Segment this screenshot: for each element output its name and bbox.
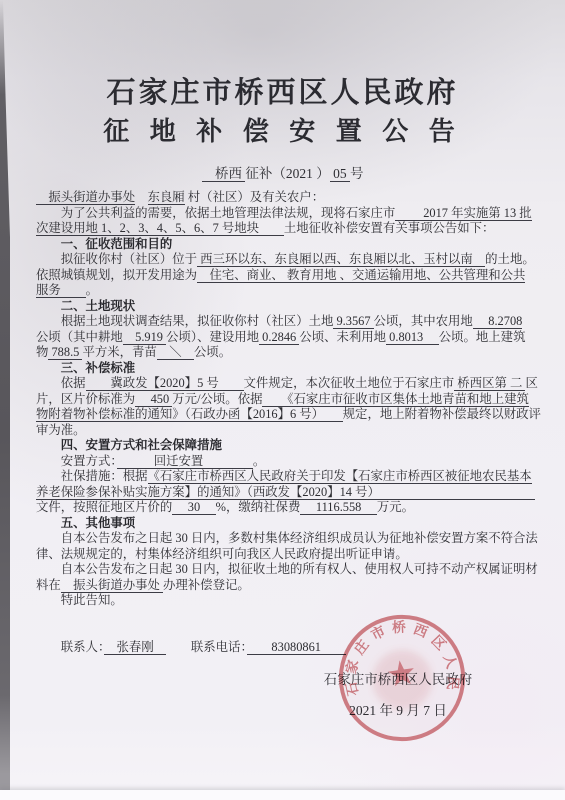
- doc-line: 审为准。: [36, 423, 536, 439]
- official-seal-stamp: 石家庄市桥西区人民政府: [324, 600, 480, 756]
- doc-line: 物附着物补偿标准的通知》（石政办函【2016】6 号） 规定，地上附着物补偿最终…: [36, 407, 536, 423]
- doc-line: 二、土地现状: [36, 299, 536, 315]
- doc-line: 物 788.5 平方米，青苗 ＼ 公顷。: [36, 345, 536, 361]
- doc-line: 根据土地现状调查结果，拟征收你村（社区）土地 9.3567 公顷，其中农用地 8…: [36, 314, 536, 330]
- doc-line: 拟征收你村（社区）位于 西三环以东、东良厢以西、东良厢以北、玉村以南 的土地。: [36, 252, 536, 268]
- doc-line: 片，区片价标准为 450 万元/公顷。依据 《石家庄市征收市区集体土地青苗和地上…: [36, 392, 536, 408]
- document-title: 石家庄市桥西区人民政府: [0, 70, 565, 111]
- doc-line: 料在 振头街道办事处 办理补偿登记。: [36, 578, 536, 594]
- doc-line: 安置方式： 回迁安置 。: [36, 454, 536, 470]
- doc-line: 五、其他事项: [36, 516, 536, 532]
- document-number: 桥西 征补（2021 ） 05 号: [0, 162, 565, 182]
- document-body: 振头街道办事处 东良厢 村（社区）及有关农户： 为了公共利益的需要，依据土地管理…: [36, 190, 536, 655]
- doc-line: 公顷（其中耕地 5.919 公顷）、建设用地 0.2846 公顷、未利用地 0.…: [36, 330, 536, 346]
- photo-bottom-edge: [0, 790, 565, 800]
- doc-line: 社保措施：根据《石家庄市桥西区人民政府关于印发【石家庄市桥西区被征地农民基本: [36, 469, 536, 485]
- doc-line: 律、法规规定的，村集体经济组织可向我区人民政府提出听证申请。: [36, 547, 536, 563]
- doc-line: 依据 冀政发【2020】5 号 文件规定，本次征收土地位于石家庄市 桥西区第 二…: [36, 376, 536, 392]
- document-subtitle: 征 地 补 偿 安 置 公 告: [0, 111, 565, 148]
- doc-line: 三、补偿标准: [36, 361, 536, 377]
- document-photo: 石家庄市桥西区人民政府 征 地 补 偿 安 置 公 告 桥西 征补（2021 ）…: [0, 0, 565, 800]
- doc-line: 服务 。: [36, 283, 536, 299]
- doc-line: 为了公共利益的需要，依据土地管理法律法规，现将石家庄市 2017 年实施第 13…: [36, 206, 536, 222]
- doc-line: 文件，按照征地区片价的 30 %，缴纳社保费 1116.558 万元。: [36, 500, 536, 516]
- doc-line: 养老保险参保补贴实施方案】的通知》（西政发【2020】14 号）: [36, 485, 536, 501]
- doc-line: 次建设用地 1、2、3、4、5、6、7 号地块 土地征收补偿安置有关事项公告如下…: [36, 221, 536, 237]
- doc-line: 自本公告发布之日起 30 日内，拟征收土地的所有权人、使用权人可持不动产权属证明…: [36, 562, 536, 578]
- doc-line: 振头街道办事处 东良厢 村（社区）及有关农户：: [36, 190, 536, 206]
- doc-line: 一、征收范围和目的: [36, 237, 536, 253]
- doc-line: 自本公告发布之日起 30 日内，多数村集体经济组织成员认为征地补偿安置方案不符合…: [36, 531, 536, 547]
- doc-line: 依照城镇规划，拟开发用途为 住宅、商业、 教育用地 、交通运输用地、公共管理和公…: [36, 268, 536, 284]
- doc-line: 四、安置方式和社会保障措施: [36, 438, 536, 454]
